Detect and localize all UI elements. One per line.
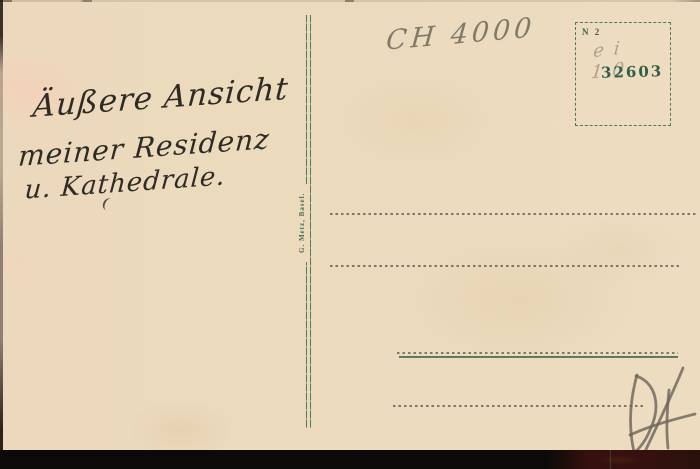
scan-left-edge <box>0 0 3 452</box>
stamp-box: N 2 ei 10 32603 <box>575 22 671 126</box>
handwritten-message: Äußere Ansicht meiner Residenz u. Kathed… <box>9 62 309 232</box>
divider-line <box>310 15 311 428</box>
message-line-1: Äußere Ansicht <box>32 71 290 125</box>
stamp-box-control-number: 32603 <box>601 62 664 82</box>
address-line-1 <box>330 213 697 215</box>
scan-top-edge <box>0 0 700 2</box>
message-line-2: meiner Residenz <box>17 122 271 173</box>
pencil-stroke <box>630 375 637 452</box>
stamp-box-number-label: N 2 <box>582 27 601 37</box>
postcard-back: Äußere Ansicht meiner Residenz u. Kathed… <box>0 0 700 469</box>
publisher-imprint: G. Metz, Basel. <box>296 184 309 262</box>
pencil-stroke <box>642 368 683 458</box>
pencil-stroke <box>635 376 656 452</box>
postal-code-note: CH 4000 <box>385 12 537 56</box>
pencil-stroke <box>667 390 669 448</box>
bottom-scan-bar <box>0 450 700 469</box>
address-line-3 <box>397 352 678 354</box>
address-line-2 <box>330 265 681 267</box>
